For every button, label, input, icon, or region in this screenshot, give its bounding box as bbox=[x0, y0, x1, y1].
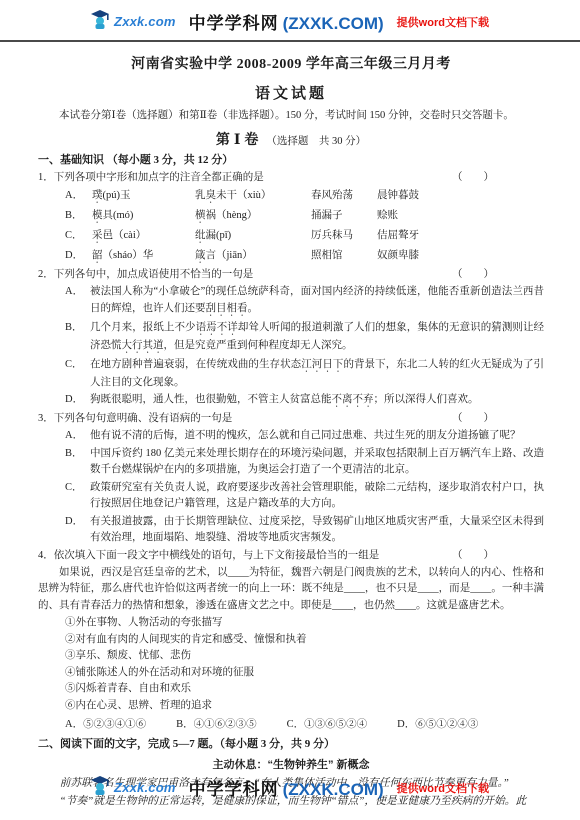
q2-option: A． 被法国人称为“小拿破仑”的现任总统萨科奇，面对国内经济的持续低迷，他能否重… bbox=[38, 284, 544, 319]
q1-option-row: D． 韶（sháo）华 箴言（jiān） 照相馆 奴颜卑膝 bbox=[65, 246, 544, 266]
option-label: D． bbox=[397, 719, 415, 730]
option-text: 被法国人称为“小拿破仑”的现任总统萨科奇，面对国内经济的持续低迷，他能否重新创造… bbox=[90, 284, 544, 319]
option-label: B． bbox=[65, 206, 92, 226]
q2-stem-line: 2．下列各句中，加点成语使用不恰当的一句是 （ ） bbox=[38, 267, 544, 283]
option-text: 在地方剧种普遍衰弱，在传统戏曲的生存状态江河日下的背景下，东北二人转的红火无疑成… bbox=[90, 357, 544, 392]
site-domain: (ZXXK.COM) bbox=[283, 14, 384, 33]
q2-option: D． 狗既很聪明，通人性，也很勤勉，不管主人贫富总能不离不弃；所以深得人们喜欢。 bbox=[38, 392, 544, 410]
logo-text: Zxxk.com bbox=[114, 14, 176, 29]
q4-item: ⑥内在心灵、思辨、哲理的追求 bbox=[38, 698, 544, 715]
q3-stem: 3．下列各句句意明确、没有语病的一句是 bbox=[38, 411, 232, 427]
q3-answer-bracket: （ ） bbox=[452, 411, 494, 427]
option-text: 狗既很聪明，通人性，也很勤勉，不管主人贫富总能不离不弃；所以深得人们喜欢。 bbox=[90, 392, 544, 410]
option-label: C． bbox=[65, 480, 90, 513]
graduate-cap-icon bbox=[91, 776, 111, 800]
exam-page: 河南省实验中学 2008-2009 学年高三年级三月月考 语文试题 本试卷分第Ⅰ… bbox=[0, 53, 580, 810]
option-label: C． bbox=[287, 719, 305, 730]
q4-item: ④铺张陈述人的外在活动和对环境的征服 bbox=[38, 665, 544, 682]
footer: Zxxk.com 中学学科网 (ZXXK.COM) 提供word文档下载 bbox=[0, 766, 580, 806]
q2-stem: 2．下列各句中，加点成语使用不恰当的一句是 bbox=[38, 267, 253, 283]
option-label: D． bbox=[65, 392, 90, 410]
q2-option: C． 在地方剧种普遍衰弱，在传统戏曲的生存状态江河日下的背景下，东北二人转的红火… bbox=[38, 357, 544, 392]
option-label: A． bbox=[65, 428, 90, 445]
site-title: 中学学科网 (ZXXK.COM) bbox=[189, 775, 384, 800]
q1-cell: 春风殆荡 bbox=[311, 186, 377, 206]
q1-answer-bracket: （ ） bbox=[452, 170, 494, 186]
part1-subheading: （选择题 共 30 分） bbox=[266, 136, 366, 147]
exam-title: 河南省实验中学 2008-2009 学年高三年级三月月考 bbox=[38, 53, 544, 73]
q1-cell: 奴颜卑膝 bbox=[377, 246, 544, 266]
logo-text: Zxxk.com bbox=[114, 780, 176, 795]
site-domain: (ZXXK.COM) bbox=[283, 780, 384, 799]
q1-cell: 璞(pú)玉 bbox=[92, 186, 195, 206]
q1-cell: 横祸（hèng） bbox=[195, 206, 311, 226]
option-label: A． bbox=[65, 719, 83, 730]
q4-item: ①外在事物、人物活动的夸张描写 bbox=[38, 615, 544, 632]
site-title: 中学学科网 (ZXXK.COM) bbox=[189, 9, 384, 34]
option-label: B． bbox=[65, 320, 90, 356]
header-brand-bar: Zxxk.com 中学学科网 (ZXXK.COM) 提供word文档下载 bbox=[0, 0, 580, 40]
word-download-link[interactable]: 提供word文档下载 bbox=[397, 780, 489, 796]
option-text: 有关报道披露，由于长期管理缺位、过度采挖，导致锡矿山地区地质灾害严重，大量采空区… bbox=[90, 514, 544, 547]
q1-cell: 采邑（cài） bbox=[92, 226, 195, 246]
q1-cell: 赊账 bbox=[377, 206, 544, 226]
q4-answer: B．④①⑥②③⑤ bbox=[176, 716, 257, 733]
option-label: A． bbox=[65, 284, 90, 319]
answer-sequence: ⑤②③④①⑥ bbox=[83, 719, 146, 730]
q4-answer: C．①③⑥⑤②④ bbox=[287, 716, 368, 733]
answer-sequence: ⑥⑤①②④③ bbox=[415, 719, 478, 730]
q4-answer-bracket: （ ） bbox=[452, 548, 494, 564]
option-label: C． bbox=[65, 226, 92, 246]
q1-cell: 照相馆 bbox=[311, 246, 377, 266]
site-name: 中学学科网 bbox=[189, 14, 279, 33]
option-label: C． bbox=[65, 357, 90, 392]
q2-option: B． 几个月来，报纸上不少语焉不详却耸人听闻的报道刺激了人们的想象，集体的无意识… bbox=[38, 320, 544, 356]
section1-heading: 一、基础知识 （每小题 3 分，共 12 分） bbox=[38, 153, 544, 168]
option-label: B． bbox=[176, 719, 194, 730]
option-text: 政策研究室有关负责人说，政府要逐步改善社会管理职能，破除二元结构，逐步取消农村户… bbox=[90, 480, 544, 513]
q4-answer: A．⑤②③④①⑥ bbox=[65, 716, 146, 733]
option-text: 中国斥资约 180 亿美元来处理长期存在的环境污染问题，并采取包括限制上百万辆汽… bbox=[90, 446, 544, 479]
option-text: 他有说不清的后悔，道不明的愧疚，怎么就和自己同过患难、共过生死的朋友分道扬镳了呢… bbox=[90, 428, 544, 445]
part1-heading-line: 第Ⅰ卷 （选择题 共 30 分） bbox=[38, 129, 544, 149]
graduate-cap-icon bbox=[91, 10, 111, 34]
q3-option: C． 政策研究室有关负责人说，政府要逐步改善社会管理职能，破除二元结构，逐步取消… bbox=[38, 480, 544, 513]
q4-answer: D．⑥⑤①②④③ bbox=[397, 716, 478, 733]
q2-answer-bracket: （ ） bbox=[452, 267, 494, 283]
exam-subject: 语文试题 bbox=[38, 82, 544, 103]
site-name: 中学学科网 bbox=[189, 780, 279, 799]
q4-passage: 如果说，西汉是宫廷皇帝的艺术，以____为特征，魏晋六朝是门阀贵族的艺术，以转向… bbox=[38, 565, 544, 615]
q1-cell: 箴言（jiān） bbox=[195, 246, 311, 266]
q1-stem: 1．下列各项中字形和加点字的注音全都正确的是 bbox=[38, 170, 264, 186]
option-label: A． bbox=[65, 186, 92, 206]
option-label: D． bbox=[65, 246, 92, 266]
q1-option-row: B． 模具(mó) 横祸（hèng） 捅漏子 赊账 bbox=[65, 206, 544, 226]
q1-options: A． 璞(pú)玉 乳臭未干（xiù） 春风殆荡 晨钟暮鼓 B． 模具(mó) … bbox=[38, 186, 544, 266]
q4-item: ②对有血有肉的人间现实的肯定和感受、憧憬和执着 bbox=[38, 632, 544, 649]
q1-cell: 纰漏(pī) bbox=[195, 226, 311, 246]
q4-answer-choices: A．⑤②③④①⑥ B．④①⑥②③⑤ C．①③⑥⑤②④ D．⑥⑤①②④③ bbox=[38, 716, 544, 733]
option-label: D． bbox=[65, 514, 90, 547]
answer-sequence: ①③⑥⑤②④ bbox=[304, 719, 367, 730]
word-download-link[interactable]: 提供word文档下载 bbox=[397, 14, 489, 30]
q1-option-row: C． 采邑（cài） 纰漏(pī) 厉兵秣马 佶屈聱牙 bbox=[65, 226, 544, 246]
q4-stem: 4．依次填入下面一段文字中横线处的语句，与上下文衔接最恰当的一组是 bbox=[38, 548, 379, 564]
zxxk-logo[interactable]: Zxxk.com bbox=[91, 776, 176, 800]
header-divider bbox=[0, 40, 580, 42]
q1-cell: 捅漏子 bbox=[311, 206, 377, 226]
q4-item: ③享乐、颓废、忧郁、悲伤 bbox=[38, 648, 544, 665]
q3-option: D． 有关报道披露，由于长期管理缺位、过度采挖，导致锡矿山地区地质灾害严重，大量… bbox=[38, 514, 544, 547]
q1-cell: 模具(mó) bbox=[92, 206, 195, 226]
zxxk-logo[interactable]: Zxxk.com bbox=[91, 10, 176, 34]
option-label: B． bbox=[65, 446, 90, 479]
q1-cell: 乳臭未干（xiù） bbox=[195, 186, 311, 206]
footer-brand-bar: Zxxk.com 中学学科网 (ZXXK.COM) 提供word文档下载 bbox=[0, 766, 580, 806]
q4-stem-line: 4．依次填入下面一段文字中横线处的语句，与上下文衔接最恰当的一组是 （ ） bbox=[38, 548, 544, 564]
q1-cell: 晨钟暮鼓 bbox=[377, 186, 544, 206]
part1-heading: 第Ⅰ卷 bbox=[216, 133, 263, 148]
q1-stem-line: 1．下列各项中字形和加点字的注音全都正确的是 （ ） bbox=[38, 170, 544, 186]
q3-option: A． 他有说不清的后悔，道不明的愧疚，怎么就和自己同过患难、共过生死的朋友分道扬… bbox=[38, 428, 544, 445]
answer-sequence: ④①⑥②③⑤ bbox=[194, 719, 257, 730]
q1-cell: 佶屈聱牙 bbox=[377, 226, 544, 246]
q1-option-row: A． 璞(pú)玉 乳臭未干（xiù） 春风殆荡 晨钟暮鼓 bbox=[65, 186, 544, 206]
option-text: 几个月来，报纸上不少语焉不详却耸人听闻的报道刺激了人们的想象，集体的无意识的猜测… bbox=[90, 320, 544, 356]
exam-instructions: 本试卷分第Ⅰ卷（选择题）和第Ⅱ卷（非选择题）。150 分，考试时间 150 分钟… bbox=[38, 108, 544, 123]
q4-item: ⑤闪烁着青春、自由和欢乐 bbox=[38, 681, 544, 698]
section2-heading: 二、阅读下面的文字，完成 5—7 题。（每小题 3 分，共 9 分） bbox=[38, 737, 544, 752]
q3-option: B． 中国斥资约 180 亿美元来处理长期存在的环境污染问题，并采取包括限制上百… bbox=[38, 446, 544, 479]
q1-cell: 韶（sháo）华 bbox=[92, 246, 195, 266]
q3-stem-line: 3．下列各句句意明确、没有语病的一句是 （ ） bbox=[38, 411, 544, 427]
q1-cell: 厉兵秣马 bbox=[311, 226, 377, 246]
